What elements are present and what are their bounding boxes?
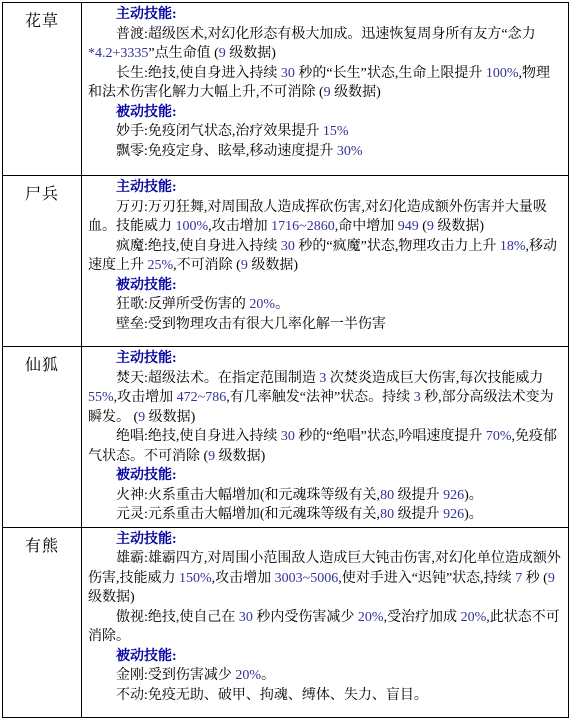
skill-description: 雄霸:雄霸四方,对周围小范围敌人造成巨大钝击伤害,对幻化单位造成额外伤害,技能威… bbox=[88, 549, 563, 608]
skill-text: 狂歌:反弹所受伤害的 bbox=[116, 297, 249, 312]
skill-text: ,攻击增加 bbox=[208, 219, 271, 234]
creature-name-cell: 仙狐 bbox=[3, 347, 82, 528]
skill-description: 壁垒:受到物理攻击有很大几率化解一半伤害 bbox=[88, 315, 563, 335]
skill-text: 级提升 bbox=[394, 488, 443, 503]
skill-text: ,受治疗加成 bbox=[384, 610, 461, 625]
skill-text: 级数据) bbox=[434, 219, 484, 234]
number-value: 30 bbox=[239, 610, 253, 625]
creature-name-cell: 花草 bbox=[3, 3, 82, 176]
skill-text: 火神:火系重击大幅增加(和元魂珠等级有关, bbox=[116, 488, 380, 503]
number-value: 80 bbox=[380, 488, 394, 503]
skill-description: 飘零:免疫定身、眩晕,移动速度提升 30% bbox=[88, 142, 563, 162]
skill-text: 级数据) bbox=[215, 449, 265, 464]
skill-text: 长生:绝技,使自身进入持续 bbox=[116, 66, 281, 81]
skill-text: 妙手:免疫闭气状态,治疗效果提升 bbox=[116, 124, 323, 139]
number-value: 100% bbox=[176, 219, 209, 234]
number-value: 3003~5006 bbox=[275, 571, 339, 586]
number-value: 9 bbox=[427, 219, 434, 234]
table-row: 仙狐主动技能:焚天:超级法术。在指定范围制造 3 次焚炎造成巨大伤害,每次技能威… bbox=[3, 347, 569, 528]
skill-text: 秒内受伤害减少 bbox=[253, 610, 358, 625]
number-value: 9 bbox=[219, 46, 226, 61]
skill-description: 焚天:超级法术。在指定范围制造 3 次焚炎造成巨大伤害,每次技能威力 55%,攻… bbox=[88, 369, 563, 428]
number-value: 9 bbox=[548, 571, 555, 586]
skill-section-heading: 被动技能: bbox=[88, 647, 563, 667]
skill-description: 疯魔:绝技,使自身进入持续 30 秒的“疯魔”状态,物理攻击力上升 18%,移动… bbox=[88, 237, 563, 276]
skill-description: 万刃:万刃狂舞,对周围敌人造成挥砍伤害,对幻化造成额外伤害并大量吸血。技能威力 … bbox=[88, 198, 563, 237]
skill-text: ( bbox=[419, 219, 427, 234]
number-value: 472~786 bbox=[177, 390, 227, 405]
skill-text: )。 bbox=[464, 488, 483, 503]
skill-section-heading: 主动技能: bbox=[88, 178, 563, 198]
skill-text: ,攻击增加 bbox=[212, 571, 275, 586]
skill-description: 火神:火系重击大幅增加(和元魂珠等级有关,80 级提升 926)。 bbox=[88, 486, 563, 506]
number-value: 1716~2860 bbox=[271, 219, 335, 234]
skill-text: 元灵:元系重击大幅增加(和元魂珠等级有关, bbox=[116, 507, 380, 522]
skill-text: 秒的“绝唱”状态,吟唱速度提升 bbox=[295, 429, 486, 444]
number-value: 100% bbox=[486, 66, 519, 81]
skill-text: 不动:免疫无助、破甲、拘魂、缚体、失力、盲目。 bbox=[116, 688, 428, 703]
number-value: 9 bbox=[324, 85, 331, 100]
skills-cell: 主动技能:万刃:万刃狂舞,对周围敌人造成挥砍伤害,对幻化造成额外伤害并大量吸血。… bbox=[82, 176, 569, 347]
number-value: 3 bbox=[414, 390, 421, 405]
skills-table: 花草主动技能:普渡:超级医术,对幻化形态有极大加成。迅速恢复周身所有友方“念力*… bbox=[2, 2, 569, 718]
skill-description: 普渡:超级医术,对幻化形态有极大加成。迅速恢复周身所有友方“念力*4.2+333… bbox=[88, 25, 563, 64]
number-value: 20% bbox=[461, 610, 487, 625]
number-value: 926 bbox=[443, 507, 464, 522]
skill-text: 级数据) bbox=[88, 590, 135, 605]
skill-text: 金刚:受到伤害减少 bbox=[116, 668, 235, 683]
skill-section-heading: 被动技能: bbox=[88, 103, 563, 123]
skill-text: 级数据) bbox=[248, 258, 298, 273]
number-value: 30 bbox=[281, 239, 295, 254]
skill-section-heading: 被动技能: bbox=[88, 466, 563, 486]
creature-name: 仙狐 bbox=[25, 357, 59, 374]
creature-name: 花草 bbox=[25, 13, 59, 30]
table-row: 尸兵主动技能:万刃:万刃狂舞,对周围敌人造成挥砍伤害,对幻化造成额外伤害并大量吸… bbox=[3, 176, 569, 347]
number-value: 926 bbox=[443, 488, 464, 503]
skill-text: 疯魔:绝技,使自身进入持续 bbox=[116, 239, 281, 254]
skill-text: )。 bbox=[464, 507, 483, 522]
skill-text: 傲视:绝技,使自己在 bbox=[116, 610, 239, 625]
skill-text: ,命中增加 bbox=[335, 219, 398, 234]
creature-name: 有熊 bbox=[25, 538, 59, 555]
skill-text: 级提升 bbox=[394, 507, 443, 522]
skill-description: 金刚:受到伤害减少 20%。 bbox=[88, 666, 563, 686]
number-value: 20% bbox=[249, 297, 275, 312]
creature-name-cell: 尸兵 bbox=[3, 176, 82, 347]
number-value: *4.2+3335 bbox=[88, 46, 148, 61]
skill-text: 飘零:免疫定身、眩晕,移动速度提升 bbox=[116, 144, 337, 159]
number-value: 15% bbox=[323, 124, 349, 139]
skill-text: 焚天:超级法术。在指定范围制造 bbox=[116, 371, 319, 386]
skill-description: 妙手:免疫闭气状态,治疗效果提升 15% bbox=[88, 122, 563, 142]
number-value: 30 bbox=[281, 66, 295, 81]
skill-text: 。 bbox=[275, 297, 289, 312]
skill-text: 。 bbox=[261, 668, 275, 683]
number-value: 55% bbox=[88, 390, 114, 405]
skill-description: 绝唱:绝技,使自身进入持续 30 秒的“绝唱”状态,吟唱速度提升 70%,免疫郁… bbox=[88, 427, 563, 466]
skills-cell: 主动技能:普渡:超级医术,对幻化形态有极大加成。迅速恢复周身所有友方“念力*4.… bbox=[82, 3, 569, 176]
table-row: 有熊主动技能:雄霸:雄霸四方,对周围小范围敌人造成巨大钝击伤害,对幻化单位造成额… bbox=[3, 527, 569, 717]
skill-section-heading: 主动技能: bbox=[88, 349, 563, 369]
skill-description: 长生:绝技,使自身进入持续 30 秒的“长生”状态,生命上限提升 100%,物理… bbox=[88, 64, 563, 103]
number-value: 20% bbox=[235, 668, 261, 683]
number-value: 949 bbox=[398, 219, 419, 234]
skill-section-heading: 主动技能: bbox=[88, 5, 563, 25]
number-value: 9 bbox=[241, 258, 248, 273]
creature-name-cell: 有熊 bbox=[3, 527, 82, 717]
skill-text: 级数据) bbox=[226, 46, 276, 61]
skill-text: 普渡:超级医术,对幻化形态有极大加成。迅速恢复周身所有友方“念力 bbox=[116, 27, 536, 42]
skill-description: 狂歌:反弹所受伤害的 20%。 bbox=[88, 295, 563, 315]
skill-text: 次焚炎造成巨大伤害,每次技能威力 bbox=[326, 371, 543, 386]
number-value: 18% bbox=[500, 239, 526, 254]
skill-text: ,有几率触发“法神”状态。持续 bbox=[226, 390, 413, 405]
skill-section-heading: 主动技能: bbox=[88, 530, 563, 550]
table-body: 花草主动技能:普渡:超级医术,对幻化形态有极大加成。迅速恢复周身所有友方“念力*… bbox=[3, 3, 569, 718]
skill-text: 壁垒:受到物理攻击有很大几率化解一半伤害 bbox=[116, 317, 386, 332]
skill-description: 元灵:元系重击大幅增加(和元魂珠等级有关,80 级提升 926)。 bbox=[88, 505, 563, 525]
number-value: 80 bbox=[380, 507, 394, 522]
number-value: 70% bbox=[486, 429, 512, 444]
creature-name: 尸兵 bbox=[25, 186, 59, 203]
number-value: 150% bbox=[179, 571, 212, 586]
skill-text: 级数据) bbox=[145, 410, 195, 425]
skills-cell: 主动技能:焚天:超级法术。在指定范围制造 3 次焚炎造成巨大伤害,每次技能威力 … bbox=[82, 347, 569, 528]
number-value: 25% bbox=[148, 258, 174, 273]
skill-text: 秒的“疯魔”状态,物理攻击力上升 bbox=[295, 239, 500, 254]
skill-text: 秒的“长生”状态,生命上限提升 bbox=[295, 66, 486, 81]
number-value: 30% bbox=[337, 144, 363, 159]
skill-text: ,使对手进入“迟钝”状态,持续 bbox=[338, 571, 515, 586]
skill-text: ,攻击增加 bbox=[114, 390, 177, 405]
skill-text: 级数据) bbox=[331, 85, 381, 100]
number-value: 30 bbox=[281, 429, 295, 444]
skills-cell: 主动技能:雄霸:雄霸四方,对周围小范围敌人造成巨大钝击伤害,对幻化单位造成额外伤… bbox=[82, 527, 569, 717]
skill-text: ”点生命值 ( bbox=[148, 46, 218, 61]
skill-text: 绝唱:绝技,使自身进入持续 bbox=[116, 429, 281, 444]
skill-section-heading: 被动技能: bbox=[88, 276, 563, 296]
skill-description: 傲视:绝技,使自己在 30 秒内受伤害减少 20%,受治疗加成 20%,此状态不… bbox=[88, 608, 563, 647]
number-value: 20% bbox=[358, 610, 384, 625]
skill-text: 秒 ( bbox=[522, 571, 548, 586]
table-row: 花草主动技能:普渡:超级医术,对幻化形态有极大加成。迅速恢复周身所有友方“念力*… bbox=[3, 3, 569, 176]
skill-text: ,不可消除 ( bbox=[173, 258, 241, 273]
skill-description: 不动:免疫无助、破甲、拘魂、缚体、失力、盲目。 bbox=[88, 686, 563, 706]
